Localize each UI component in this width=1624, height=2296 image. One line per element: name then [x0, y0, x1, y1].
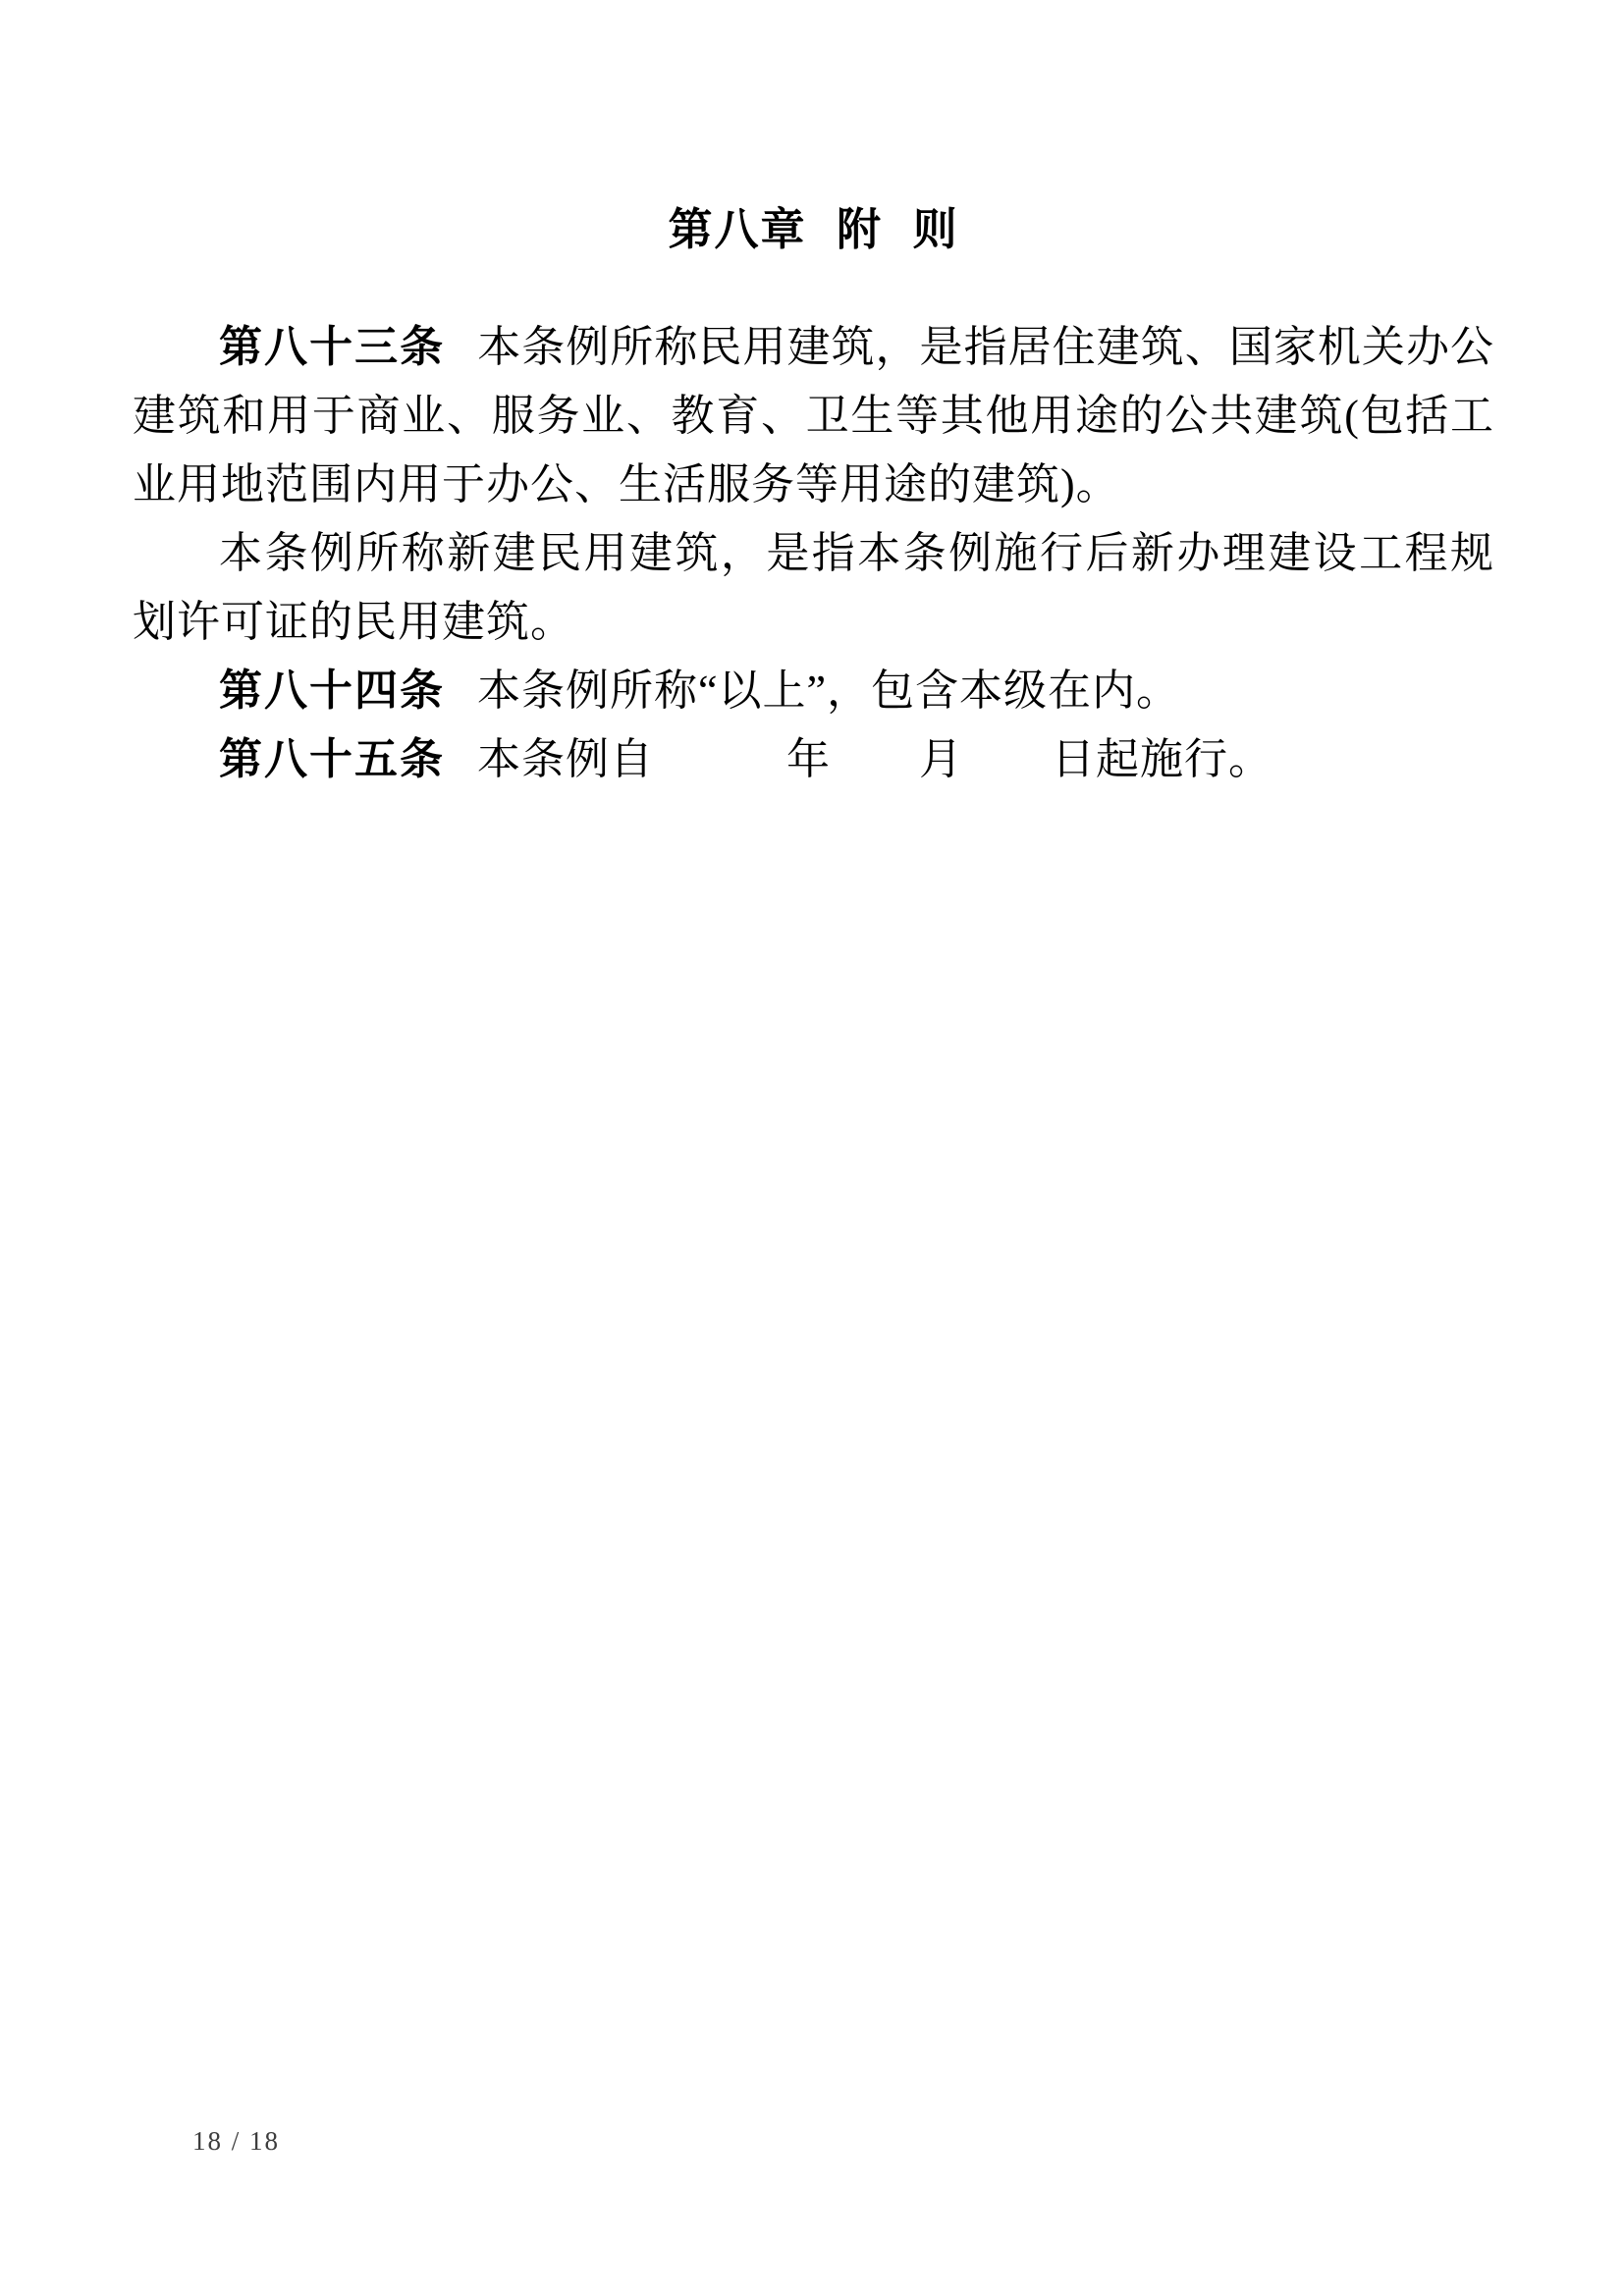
- document-page: 第八章 附 则 第八十三条本条例所称民用建筑，是指居住建筑、国家机关办公建筑和用…: [0, 0, 1624, 2296]
- article-84-number: 第八十四条: [219, 667, 445, 715]
- article-85-text: 本条例自 年 月 日起施行。: [477, 735, 1272, 783]
- article-84-paragraph: 第八十四条本条例所称“以上”，包含本级在内。: [133, 657, 1494, 725]
- article-83-number: 第八十三条: [219, 323, 445, 371]
- article-85-number: 第八十五条: [219, 735, 445, 783]
- article-84-text: 本条例所称“以上”，包含本级在内。: [477, 667, 1180, 715]
- chapter-title: 第八章 附 则: [133, 201, 1494, 258]
- article-83-paragraph-2: 本条例所称新建民用建筑，是指本条例施行后新办理建设工程规划许可证的民用建筑。: [133, 519, 1494, 657]
- article-85-paragraph: 第八十五条本条例自 年 月 日起施行。: [133, 725, 1494, 794]
- article-83-paragraph-2-text: 本条例所称新建民用建筑，是指本条例施行后新办理建设工程规划许可证的民用建筑。: [133, 529, 1494, 646]
- document-content: 第八章 附 则 第八十三条本条例所称民用建筑，是指居住建筑、国家机关办公建筑和用…: [133, 201, 1494, 794]
- article-83-paragraph: 第八十三条本条例所称民用建筑，是指居住建筑、国家机关办公建筑和用于商业、服务业、…: [133, 313, 1494, 519]
- page-number: 18 / 18: [192, 2126, 280, 2157]
